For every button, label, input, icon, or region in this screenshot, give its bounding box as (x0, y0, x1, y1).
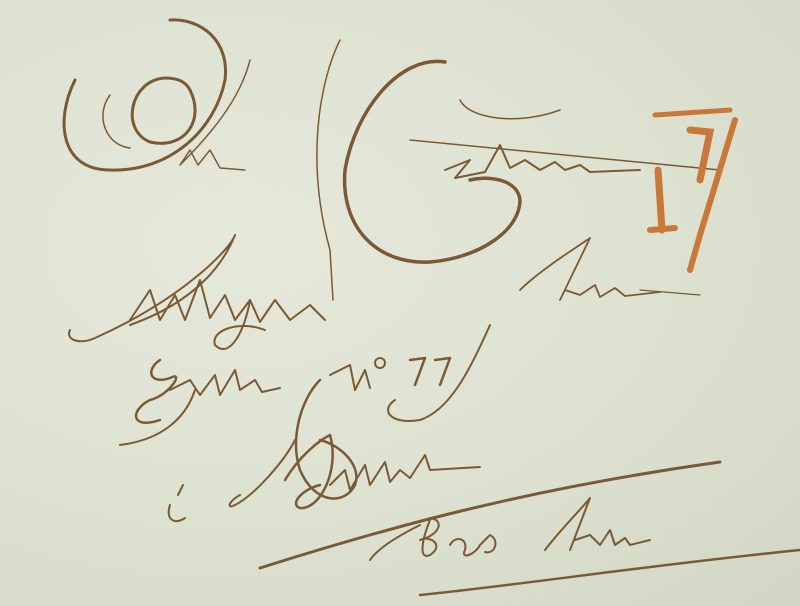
a-schlestatt-text (169, 435, 720, 568)
egalite-no-77-text (120, 325, 490, 499)
letter-sheet: Au Citoyen Schwilgué Rue Egalité N° 77 à… (0, 0, 800, 606)
au-text (64, 20, 250, 170)
bas-rhin-text (370, 498, 800, 595)
